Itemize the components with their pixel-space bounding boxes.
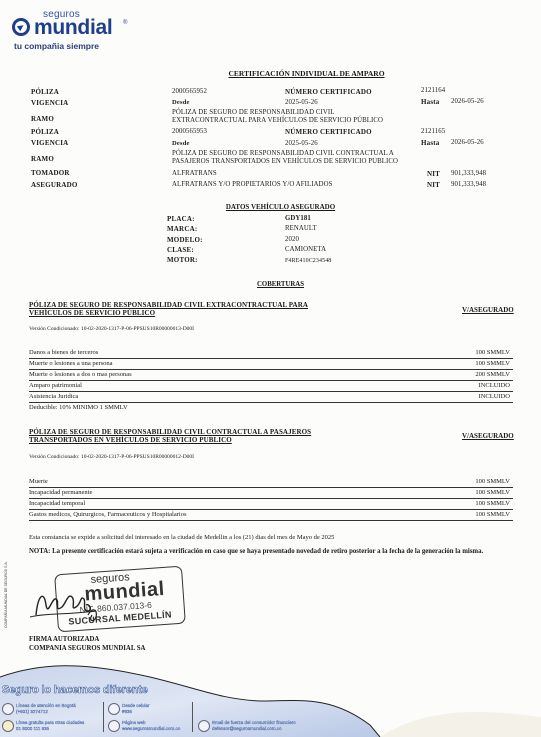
certificate-page: seguros mundial ® tu compañia siempre CE…: [0, 0, 541, 737]
vigencia-label-2: VIGENCIA: [31, 139, 68, 147]
hasta-label-2: Hasta: [421, 139, 440, 147]
coverage-section-1-title-line1: PÓLIZA DE SEGURO DE RESPONSABILIDAD CIVI…: [29, 301, 308, 309]
toll-free-icon: [2, 720, 14, 732]
table-divider: [29, 380, 513, 381]
poliza-label-2: PÓLIZA: [31, 128, 59, 136]
ramo-line2-1: EXTRACONTRACTUAL PARA VEHÍCULOS DE SERVI…: [172, 117, 383, 125]
desde-label-1: Desde: [172, 99, 190, 106]
footer-item-email[interactable]: Email de fuerza del consumidor financier…: [212, 720, 296, 731]
table-divider: [29, 520, 513, 521]
issuance-statement: Esta constancia se expide a solicitud de…: [29, 534, 519, 541]
coverage-row-name: Muerte o lesiones a una persona: [29, 360, 113, 367]
numero-certificado-2: 2121165: [421, 128, 445, 136]
clase-label: CLASE:: [167, 246, 194, 254]
logo-mundial-text: mundial: [34, 16, 112, 40]
side-text: COMPAÑÍA MUNDIAL DE SEGUROS S.A.: [4, 528, 8, 628]
side-vertical-text: COMPAÑÍA MUNDIAL DE SEGUROS S.A.: [2, 530, 10, 630]
ramo-line1-2: PÓLIZA DE SEGURO DE RESPONSABILIDAD CIVI…: [172, 150, 394, 158]
desde-date-1: 2025-05-26: [285, 99, 318, 107]
footer-item-celular: Desde celular #935: [122, 703, 150, 714]
hasta-date-2: 2026-05-26: [451, 139, 484, 147]
asegurado-nit-label: NIT: [427, 181, 440, 189]
ramo-label-2: RAMO: [31, 155, 54, 163]
coverage-row-value: INCLUIDO: [479, 393, 510, 400]
company-name: COMPANIA SEGUROS MUNDIAL SA: [29, 645, 145, 652]
poliza-number-1: 2000565952: [172, 88, 207, 96]
clase-value: CAMIONETA: [285, 246, 326, 254]
footer-item-bogota: Líneas de atención en Bogotá (+601) 3274…: [16, 703, 76, 714]
coverage-row-value: INCLUIDO: [479, 382, 510, 389]
tomador-value: ALFRATRANS: [172, 170, 217, 178]
table-divider: [29, 391, 513, 392]
coverages-title: COBERTURAS: [10, 281, 541, 288]
poliza-label-1: PÓLIZA: [31, 88, 59, 96]
firma-autorizada: FIRMA AUTORIZADA: [29, 636, 99, 643]
table-divider: [29, 498, 513, 499]
marca-label: MARCA:: [167, 225, 197, 233]
footer-item-web[interactable]: Página web www.segurosmundial.com.co: [122, 720, 180, 731]
table-divider: [29, 402, 513, 403]
footer-slogan: Seguro lo hacemos diferente: [2, 684, 148, 696]
footer-item-line: (+601) 3274712: [16, 709, 76, 715]
asegurado-label: ASEGURADO: [31, 181, 78, 189]
motor-label: MOTOR:: [167, 256, 198, 264]
email-icon: [198, 720, 210, 732]
coverage-row-name: Muerte: [29, 478, 48, 485]
coverage-row-name: Incapacidad temporal: [29, 500, 85, 507]
placa-value: GDY181: [285, 215, 311, 223]
asegurado-value: ALFRATRANS Y/O PROPIETARIOS Y/O AFILIADO…: [172, 181, 333, 189]
poliza-number-2: 2000565953: [172, 128, 207, 136]
footer-item-line: Desde celular: [122, 703, 150, 709]
coverage-section-2-title-line2: TRANSPORTADOS EN VEHÍCULOS DE SERVICIO P…: [29, 436, 232, 444]
footer-item-line: 01 8000 111 935: [16, 726, 84, 732]
ramo-label-1: RAMO: [31, 115, 54, 123]
value-header-2: V/ASEGURADO: [462, 432, 514, 440]
coverage-row-name: Asistencia Juridica: [29, 393, 78, 400]
marca-value: RENAULT: [285, 225, 317, 233]
footer-divider: [192, 702, 193, 732]
footer-divider: [103, 702, 104, 732]
tomador-label: TOMADOR: [31, 169, 70, 177]
version-condicionado-1: Versión Condicionado: 10-02-2020-1317-P-…: [29, 326, 194, 332]
vigencia-label-1: VIGENCIA: [31, 99, 68, 107]
footer-item-gratuita: Línea gratuita para otras ciudades 01 80…: [16, 720, 84, 731]
coverage-row-value: 100 SMMLV: [475, 349, 510, 356]
footer-item-line: #935: [122, 709, 150, 715]
website-link[interactable]: www.segurosmundial.com.co: [122, 726, 180, 732]
numero-certificado-label-1: NÚMERO CERTIFICADO: [285, 88, 372, 96]
table-divider: [29, 369, 513, 370]
vehicle-data-title: DATOS VEHÍCULO ASEGURADO: [10, 203, 541, 211]
table-divider: [29, 487, 513, 488]
email-link[interactable]: defensor@segurosmundial.com.co: [212, 726, 296, 732]
coverage-row-value: 100 SMMLV: [475, 500, 510, 507]
coverage-row-name: Danos a bienes de terceros: [29, 349, 98, 356]
hasta-date-1: 2026-05-26: [451, 98, 484, 106]
tomador-nit-label: NIT: [427, 170, 440, 178]
desde-label-2: Desde: [172, 140, 190, 147]
web-icon: [108, 720, 120, 732]
placa-label: PLACA:: [167, 215, 195, 223]
coverage-row-value: 200 SMMLV: [475, 371, 510, 378]
coverage-row-name: Gastos medicos, Quirurgicos, Farmaceutic…: [29, 511, 186, 518]
tomador-nit-value: 901,333,948: [451, 170, 486, 178]
logo-tagline: tu compañia siempre: [14, 41, 99, 51]
footer-item-line: Email de fuerza del consumidor financier…: [212, 720, 296, 726]
coverage-row-value: 100 SMMLV: [475, 478, 510, 485]
seguros-mundial-logo: seguros mundial ® tu compañia siempre: [10, 6, 150, 52]
phone-icon: [2, 703, 14, 715]
coverage-section-2-title-line1: PÓLIZA DE SEGURO DE RESPONSABILIDAD CIVI…: [29, 428, 311, 436]
coverage-row-name: Muerte o lesiones a dos o mas personas: [29, 371, 132, 378]
coverage-row-value: 100 SMMLV: [475, 511, 510, 518]
hasta-label-1: Hasta: [421, 98, 440, 106]
coverage-row-name: Amparo patrimonial: [29, 382, 82, 389]
version-condicionado-2: Versión Condicionado: 10-02-2020-1317-P-…: [29, 454, 194, 460]
table-divider: [29, 358, 513, 359]
desde-date-2: 2025-05-26: [285, 140, 318, 148]
footer-item-line: Línea gratuita para otras ciudades: [16, 720, 84, 726]
coverage-section-1-title-line2: VEHÍCULOS DE SERVICIO PÚBLICO: [29, 309, 155, 317]
coverage-row-value: 100 SMMLV: [475, 360, 510, 367]
footer-item-line: Líneas de atención en Bogotá: [16, 703, 76, 709]
deducible-text: Deducible: 10% MINIMO 1 SMMLV: [29, 404, 128, 411]
certificate-title: CERTIFICACIÓN INDIVIDUAL DE AMPARO: [36, 69, 541, 78]
registered-mark: ®: [123, 20, 127, 26]
numero-certificado-label-2: NÚMERO CERTIFICADO: [285, 128, 372, 136]
value-header-1: V/ASEGURADO: [462, 306, 514, 314]
ramo-line1-1: PÓLIZA DE SEGURO DE RESPONSABILIDAD CIVI…: [172, 109, 335, 117]
mobile-icon: [108, 703, 120, 715]
coverage-row-value: 100 SMMLV: [475, 489, 510, 496]
table-divider: [29, 509, 513, 510]
verification-note: NOTA: La presente certificación estará s…: [29, 548, 519, 557]
handwritten-signature: [26, 585, 116, 625]
asegurado-nit-value: 901,333,948: [451, 181, 486, 189]
motor-value: F4RE410C234548: [285, 257, 331, 265]
coverage-row-name: Incapacidad permanente: [29, 489, 92, 496]
ramo-line2-2: PASAJEROS TRANSPORTADOS EN VEHÍCULOS DE …: [172, 158, 398, 166]
modelo-label: MODELO:: [167, 236, 203, 244]
numero-certificado-1: 2121164: [421, 87, 445, 95]
modelo-value: 2020: [285, 236, 299, 244]
logo-arrow-icon: [12, 18, 30, 36]
